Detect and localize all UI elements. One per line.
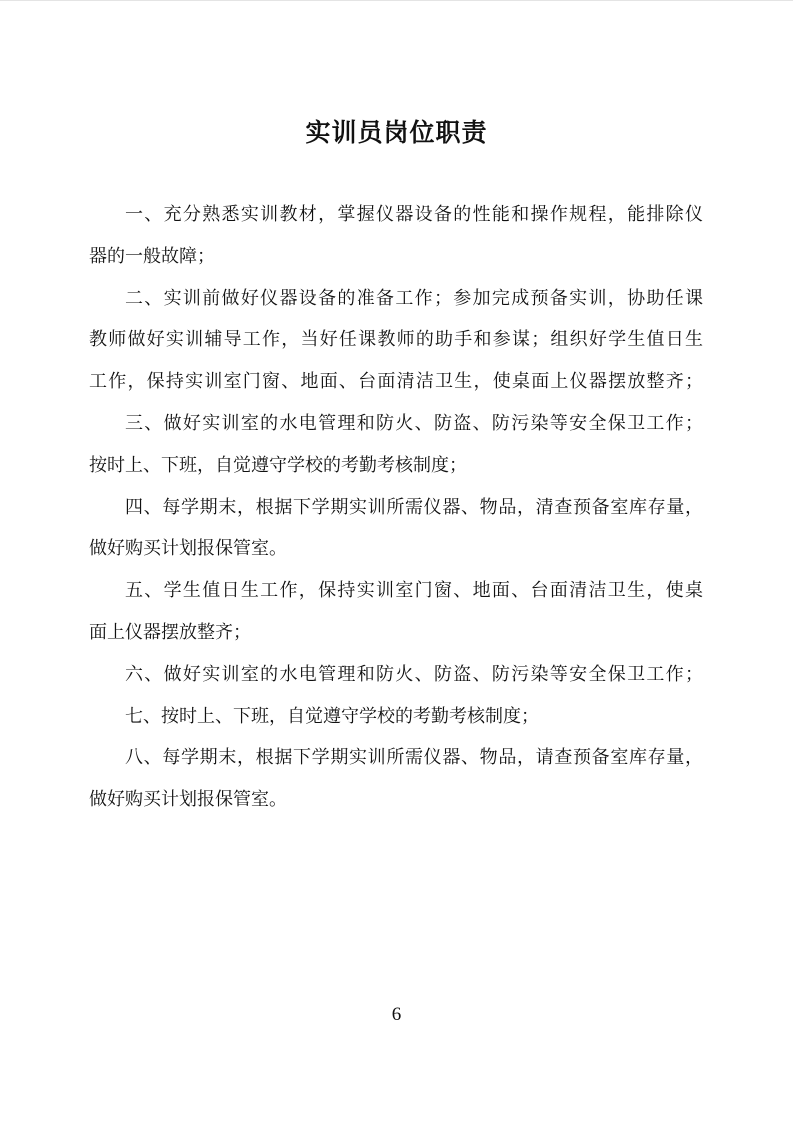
text-line: 教师做好实训辅导工作，当好任课教师的助手和参谋；组织好学生值日生 — [89, 319, 703, 361]
paragraph: 五、学生值日生工作，保持实训室门窗、地面、台面清洁卫生，使桌面上仪器摆放整齐； — [89, 570, 703, 654]
text-line: 三、做好实训室的水电管理和防火、防盗、防污染等安全保卫工作； — [89, 403, 703, 445]
text-line: 器的一般故障； — [89, 236, 703, 278]
text-line: 七、按时上、下班，自觉遵守学校的考勤考核制度； — [89, 696, 703, 738]
page-number: 6 — [392, 1004, 402, 1025]
paragraph: 七、按时上、下班，自觉遵守学校的考勤考核制度； — [89, 696, 703, 738]
page-top-edge — [0, 0, 793, 1]
paragraph: 二、实训前做好仪器设备的准备工作；参加完成预备实训，协助任课教师做好实训辅导工作… — [89, 278, 703, 403]
paragraph: 一、充分熟悉实训教材，掌握仪器设备的性能和操作规程，能排除仪器的一般故障； — [89, 194, 703, 278]
paragraph: 八、每学期末，根据下学期实训所需仪器、物品，请查预备室库存量，做好购买计划报保管… — [89, 737, 703, 821]
text-line: 面上仪器摆放整齐； — [89, 612, 703, 654]
text-line: 五、学生值日生工作，保持实训室门窗、地面、台面清洁卫生，使桌 — [89, 570, 703, 612]
paragraph: 四、每学期末，根据下学期实训所需仪器、物品，清查预备室库存量，做好购买计划报保管… — [89, 487, 703, 571]
document-page: 实训员岗位职责 一、充分熟悉实训教材，掌握仪器设备的性能和操作规程，能排除仪器的… — [0, 0, 793, 1122]
text-line: 八、每学期末，根据下学期实训所需仪器、物品，请查预备室库存量， — [89, 737, 703, 779]
document-title: 实训员岗位职责 — [0, 0, 793, 150]
document-body: 一、充分熟悉实训教材，掌握仪器设备的性能和操作规程，能排除仪器的一般故障；二、实… — [0, 194, 793, 821]
paragraph: 三、做好实训室的水电管理和防火、防盗、防污染等安全保卫工作；按时上、下班，自觉遵… — [89, 403, 703, 487]
text-line: 工作，保持实训室门窗、地面、台面清洁卫生，使桌面上仪器摆放整齐； — [89, 361, 703, 403]
page-footer: 6 — [0, 1002, 793, 1028]
text-line: 六、做好实训室的水电管理和防火、防盗、防污染等安全保卫工作； — [89, 654, 703, 696]
text-line: 做好购买计划报保管室。 — [89, 528, 703, 570]
text-line: 四、每学期末，根据下学期实训所需仪器、物品，清查预备室库存量， — [89, 487, 703, 529]
text-line: 按时上、下班，自觉遵守学校的考勤考核制度； — [89, 445, 703, 487]
text-line: 一、充分熟悉实训教材，掌握仪器设备的性能和操作规程，能排除仪 — [89, 194, 703, 236]
paragraph: 六、做好实训室的水电管理和防火、防盗、防污染等安全保卫工作； — [89, 654, 703, 696]
text-line: 做好购买计划报保管室。 — [89, 779, 703, 821]
text-line: 二、实训前做好仪器设备的准备工作；参加完成预备实训，协助任课 — [89, 278, 703, 320]
